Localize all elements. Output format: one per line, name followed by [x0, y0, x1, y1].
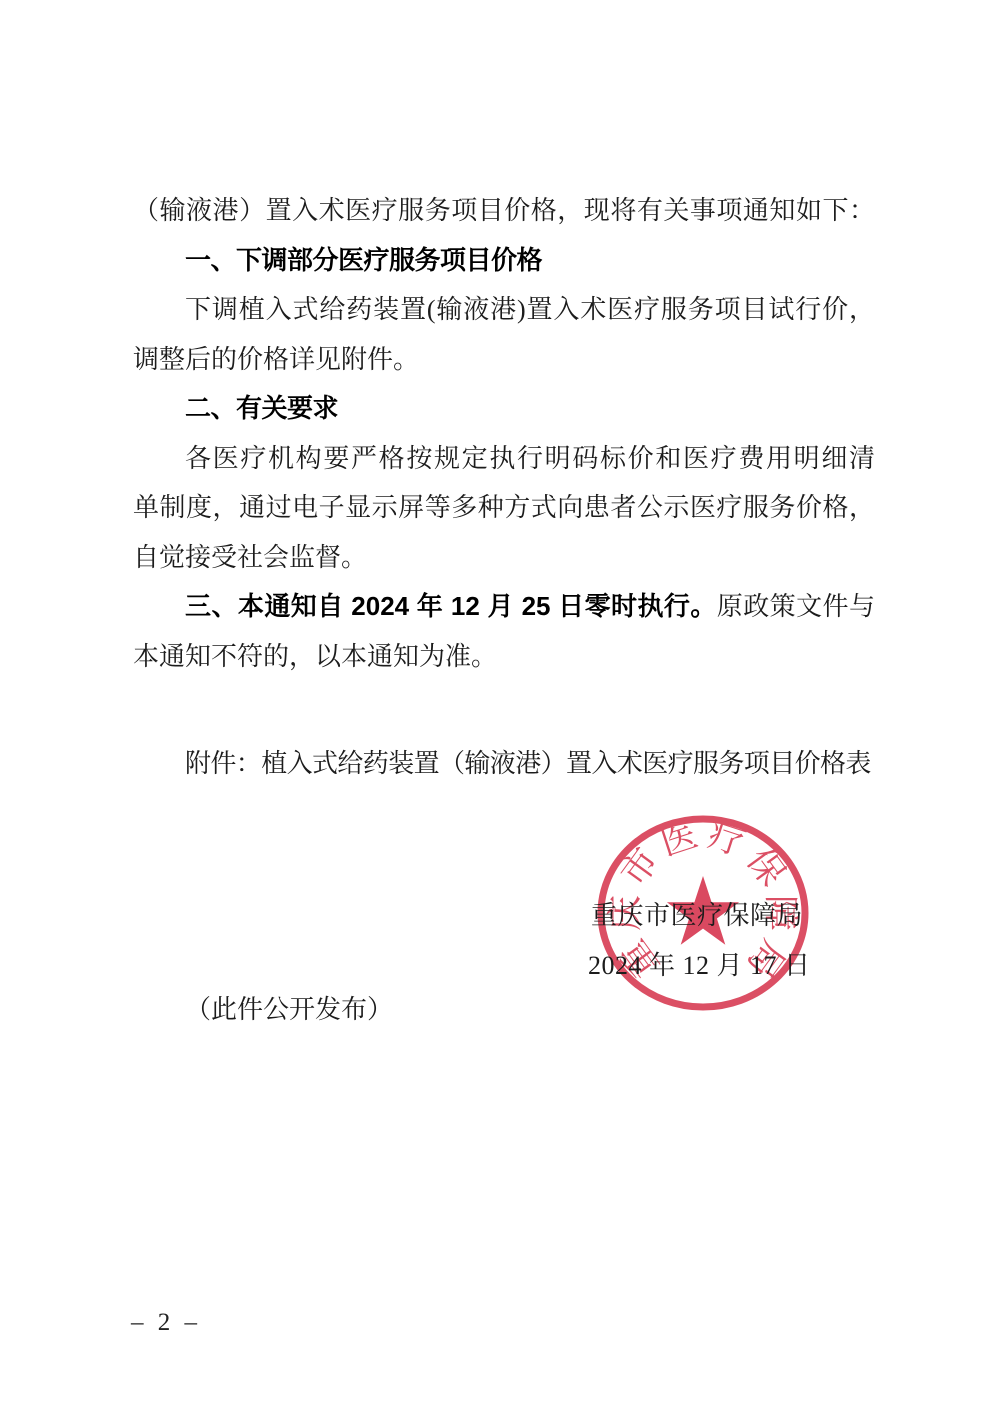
page-number: – 2 –	[131, 1305, 197, 1341]
section-2-heading: 二、有关要求	[133, 384, 875, 434]
attachment-line: 附件：植入式给药装置（输液港）置入术医疗服务项目价格表	[133, 739, 879, 788]
section-3-line-1: 三、本通知自 2024 年 12 月 25 日零时执行。原政策文件与	[133, 582, 875, 632]
seal-arc-char: 市	[613, 841, 667, 894]
public-release-note: （此件公开发布）	[133, 985, 393, 1034]
section-3-after-bold: 原政策文件与	[717, 592, 875, 621]
section-1-line-2: 调整后的价格详见附件。	[133, 335, 875, 385]
intro-line: （输液港）置入术医疗服务项目价格，现将有关事项通知如下：	[133, 186, 875, 236]
seal-arc-char: 保	[739, 841, 793, 894]
section-2-line-2: 单制度，通过电子显示屏等多种方式向患者公示医疗服务价格，	[133, 483, 875, 533]
section-2-line-1: 各医疗机构要严格按规定执行明码标价和医疗费用明细清	[133, 434, 875, 484]
section-3-bold-lead: 三、本通知自 2024 年 12 月 25 日零时执行。	[185, 591, 717, 621]
section-1-heading: 一、下调部分医疗服务项目价格	[133, 236, 875, 286]
document-page: 重 庆 市 医 疗 保 障 局 （输液港）置入术医疗服务项目价格，现将有关事项通…	[0, 0, 1000, 1414]
signature-org: 重庆市医疗保障局	[591, 891, 803, 940]
section-3-line-2: 本通知不符的，以本通知为准。	[133, 632, 875, 682]
section-1-line-1: 下调植入式给药装置(输液港)置入术医疗服务项目试行价，	[133, 285, 875, 335]
signature-date: 2024 年 12 月 17 日	[588, 941, 811, 990]
document-body: （输液港）置入术医疗服务项目价格，现将有关事项通知如下： 一、下调部分医疗服务项…	[133, 186, 875, 681]
section-2-line-3: 自觉接受社会监督。	[133, 533, 875, 583]
